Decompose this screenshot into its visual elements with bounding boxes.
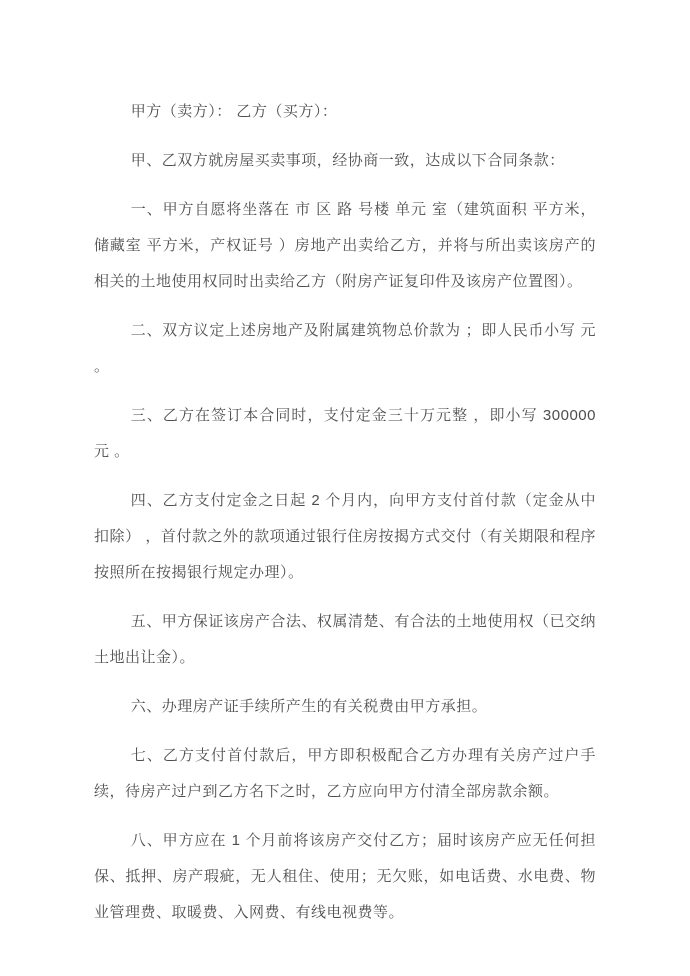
contract-clause-2: 二、双方议定上述房地产及附属建筑物总价款为 ；即人民币小写 元 。 [94,313,596,385]
contract-clause-8: 八、甲方应在 1 个月前将该房产交付乙方；届时该房产应无任何担保、抵押、房产瑕疵… [94,823,596,931]
contract-document-page: 甲方（卖方）： 乙方（买方）： 甲、乙双方就房屋买卖事项，经协商一致，达成以下合… [0,0,690,976]
contract-clause-3: 三、乙方在签订本合同时，支付定金三十万元整 ，即小写 300000 元 。 [94,398,596,470]
contract-preamble: 甲、乙双方就房屋买卖事项，经协商一致，达成以下合同条款： [94,143,596,179]
contract-parties-line: 甲方（卖方）： 乙方（买方）： [94,94,596,130]
contract-clause-7: 七、乙方支付首付款后，甲方即积极配合乙方办理有关房产过户手续，待房产过户到乙方名… [94,738,596,810]
contract-clause-6: 六、办理房产证手续所产生的有关税费由甲方承担。 [94,689,596,725]
contract-clause-1: 一、甲方自愿将坐落在 市 区 路 号楼 单元 室（建筑面积 平方米，储藏室 平方… [94,192,596,300]
contract-clause-4: 四、乙方支付定金之日起 2 个月内，向甲方支付首付款（定金从中扣除） ，首付款之… [94,483,596,591]
contract-clause-5: 五、甲方保证该房产合法、权属清楚、有合法的土地使用权（已交纳土地出让金）。 [94,604,596,676]
